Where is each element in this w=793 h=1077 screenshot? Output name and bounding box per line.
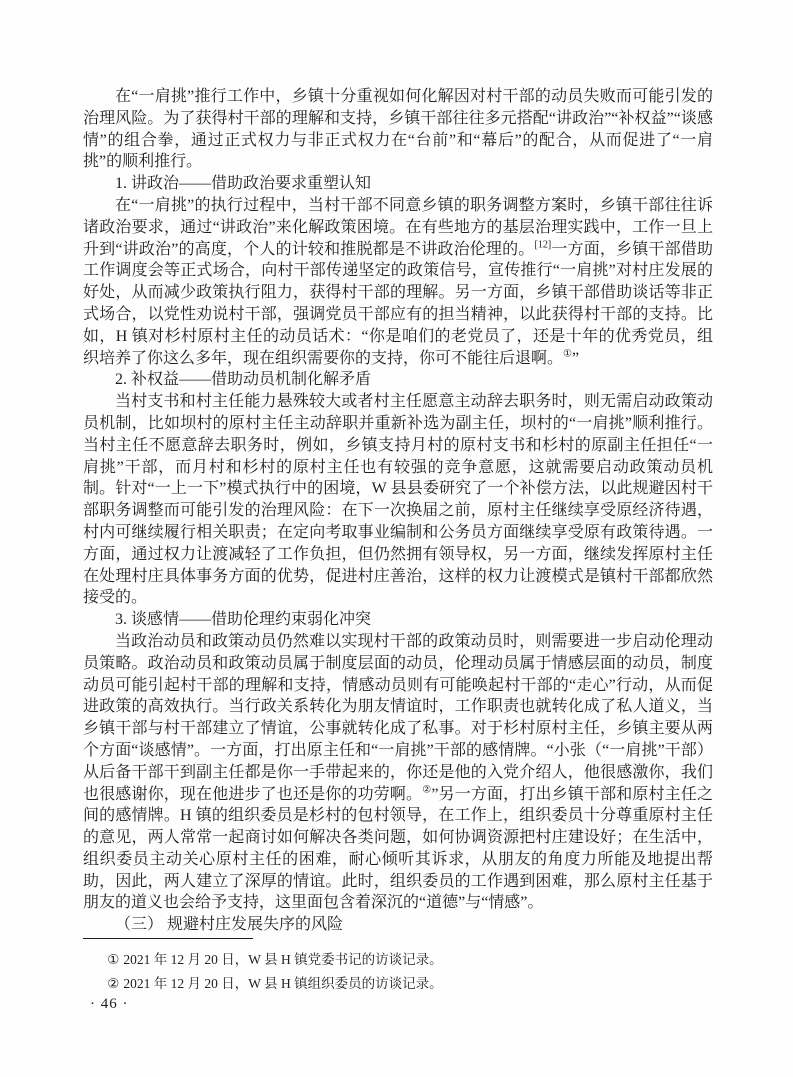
paragraph-text: 当政治动员和政策动员仍然难以实现村干部的政策动员时，则需要进一步启动伦理动员策略…	[83, 633, 713, 803]
footnote-separator	[83, 938, 253, 939]
footnote-2: ②2021 年 12 月 20 日，W 县 H 镇组织委员的访谈记录。	[83, 972, 713, 996]
footnote-text-2: 2021 年 12 月 20 日，W 县 H 镇组织委员的访谈记录。	[123, 976, 442, 991]
paragraph-text: ”另一方面，打出乡镇干部和原村主任之间的感情牌。H 镇的组织委员是杉村的包村领导…	[83, 786, 713, 912]
paragraph-supplement-rights: 当村支书和村主任能力悬殊较大或者村主任愿意主动辞去职务时，则无需启动政策动员机制…	[83, 391, 713, 609]
paragraph-text: 一方面，乡镇干部借助工作调度会等正式场合，向村干部传递坚定的政策信号，宣传推行“…	[83, 241, 713, 367]
citation-ref-12: [12]	[534, 239, 551, 250]
footnote-marker-2: ②	[107, 976, 119, 991]
paragraph-text: 当村支书和村主任能力悬殊较大或者村主任愿意主动辞去职务时，则无需启动政策动员机制…	[83, 393, 713, 606]
paragraph-text: ”	[572, 350, 579, 367]
footnote-ref-2: ②	[422, 784, 431, 795]
heading-talk-feelings: 3. 谈感情——借助伦理约束弱化冲突	[83, 609, 713, 631]
article-body: 在“一肩挑”推行工作中，乡镇十分重视如何化解因对村干部的动员失败而可能引发的治理…	[83, 86, 713, 936]
footnote-marker-1: ①	[107, 952, 119, 967]
paragraph-intro: 在“一肩挑”推行工作中，乡镇十分重视如何化解因对村干部的动员失败而可能引发的治理…	[83, 86, 713, 173]
footnote-block: ①2021 年 12 月 20 日，W 县 H 镇党委书记的访谈记录。 ②202…	[83, 938, 713, 996]
heading-avoid-disorder-risk: （三） 规避村庄发展失序的风险	[83, 914, 713, 936]
footnote-1: ①2021 年 12 月 20 日，W 县 H 镇党委书记的访谈记录。	[83, 948, 713, 972]
footnote-ref-1: ①	[563, 348, 572, 359]
document-page: 在“一肩挑”推行工作中，乡镇十分重视如何化解因对村干部的动员失败而可能引发的治理…	[0, 0, 793, 1077]
heading-supplement-rights: 2. 补权益——借助动员机制化解矛盾	[83, 369, 713, 391]
paragraph-speak-politics: 在“一肩挑”的执行过程中，当村干部不同意乡镇的职务调整方案时，乡镇干部往往诉诸政…	[83, 195, 713, 369]
heading-speak-politics: 1. 讲政治——借助政治要求重塑认知	[83, 173, 713, 195]
paragraph-talk-feelings: 当政治动员和政策动员仍然难以实现村干部的政策动员时，则需要进一步启动伦理动员策略…	[83, 631, 713, 914]
footnote-text-1: 2021 年 12 月 20 日，W 县 H 镇党委书记的访谈记录。	[123, 952, 442, 967]
page-number: · 46 ·	[90, 996, 129, 1013]
